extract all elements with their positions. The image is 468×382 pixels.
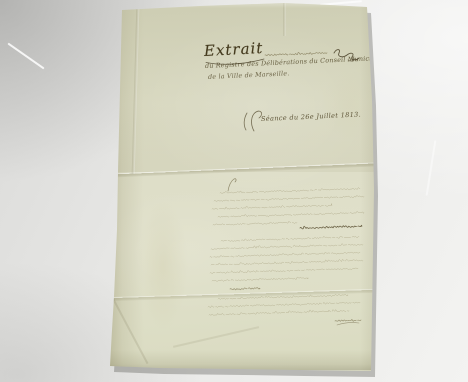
bottom-edge-shading — [105, 350, 377, 370]
document-title: Extrait — [204, 39, 264, 60]
photograph: Extrait du Registre des Délibérations du… — [0, 0, 468, 382]
paper-stain — [138, 200, 188, 330]
background-scuff — [426, 140, 437, 196]
bottom-middle-crease — [173, 326, 259, 347]
left-fold-strip — [108, 4, 144, 370]
manuscript-paper: Extrait du Registre des Délibérations du… — [0, 0, 468, 382]
background-scuff — [7, 43, 44, 70]
